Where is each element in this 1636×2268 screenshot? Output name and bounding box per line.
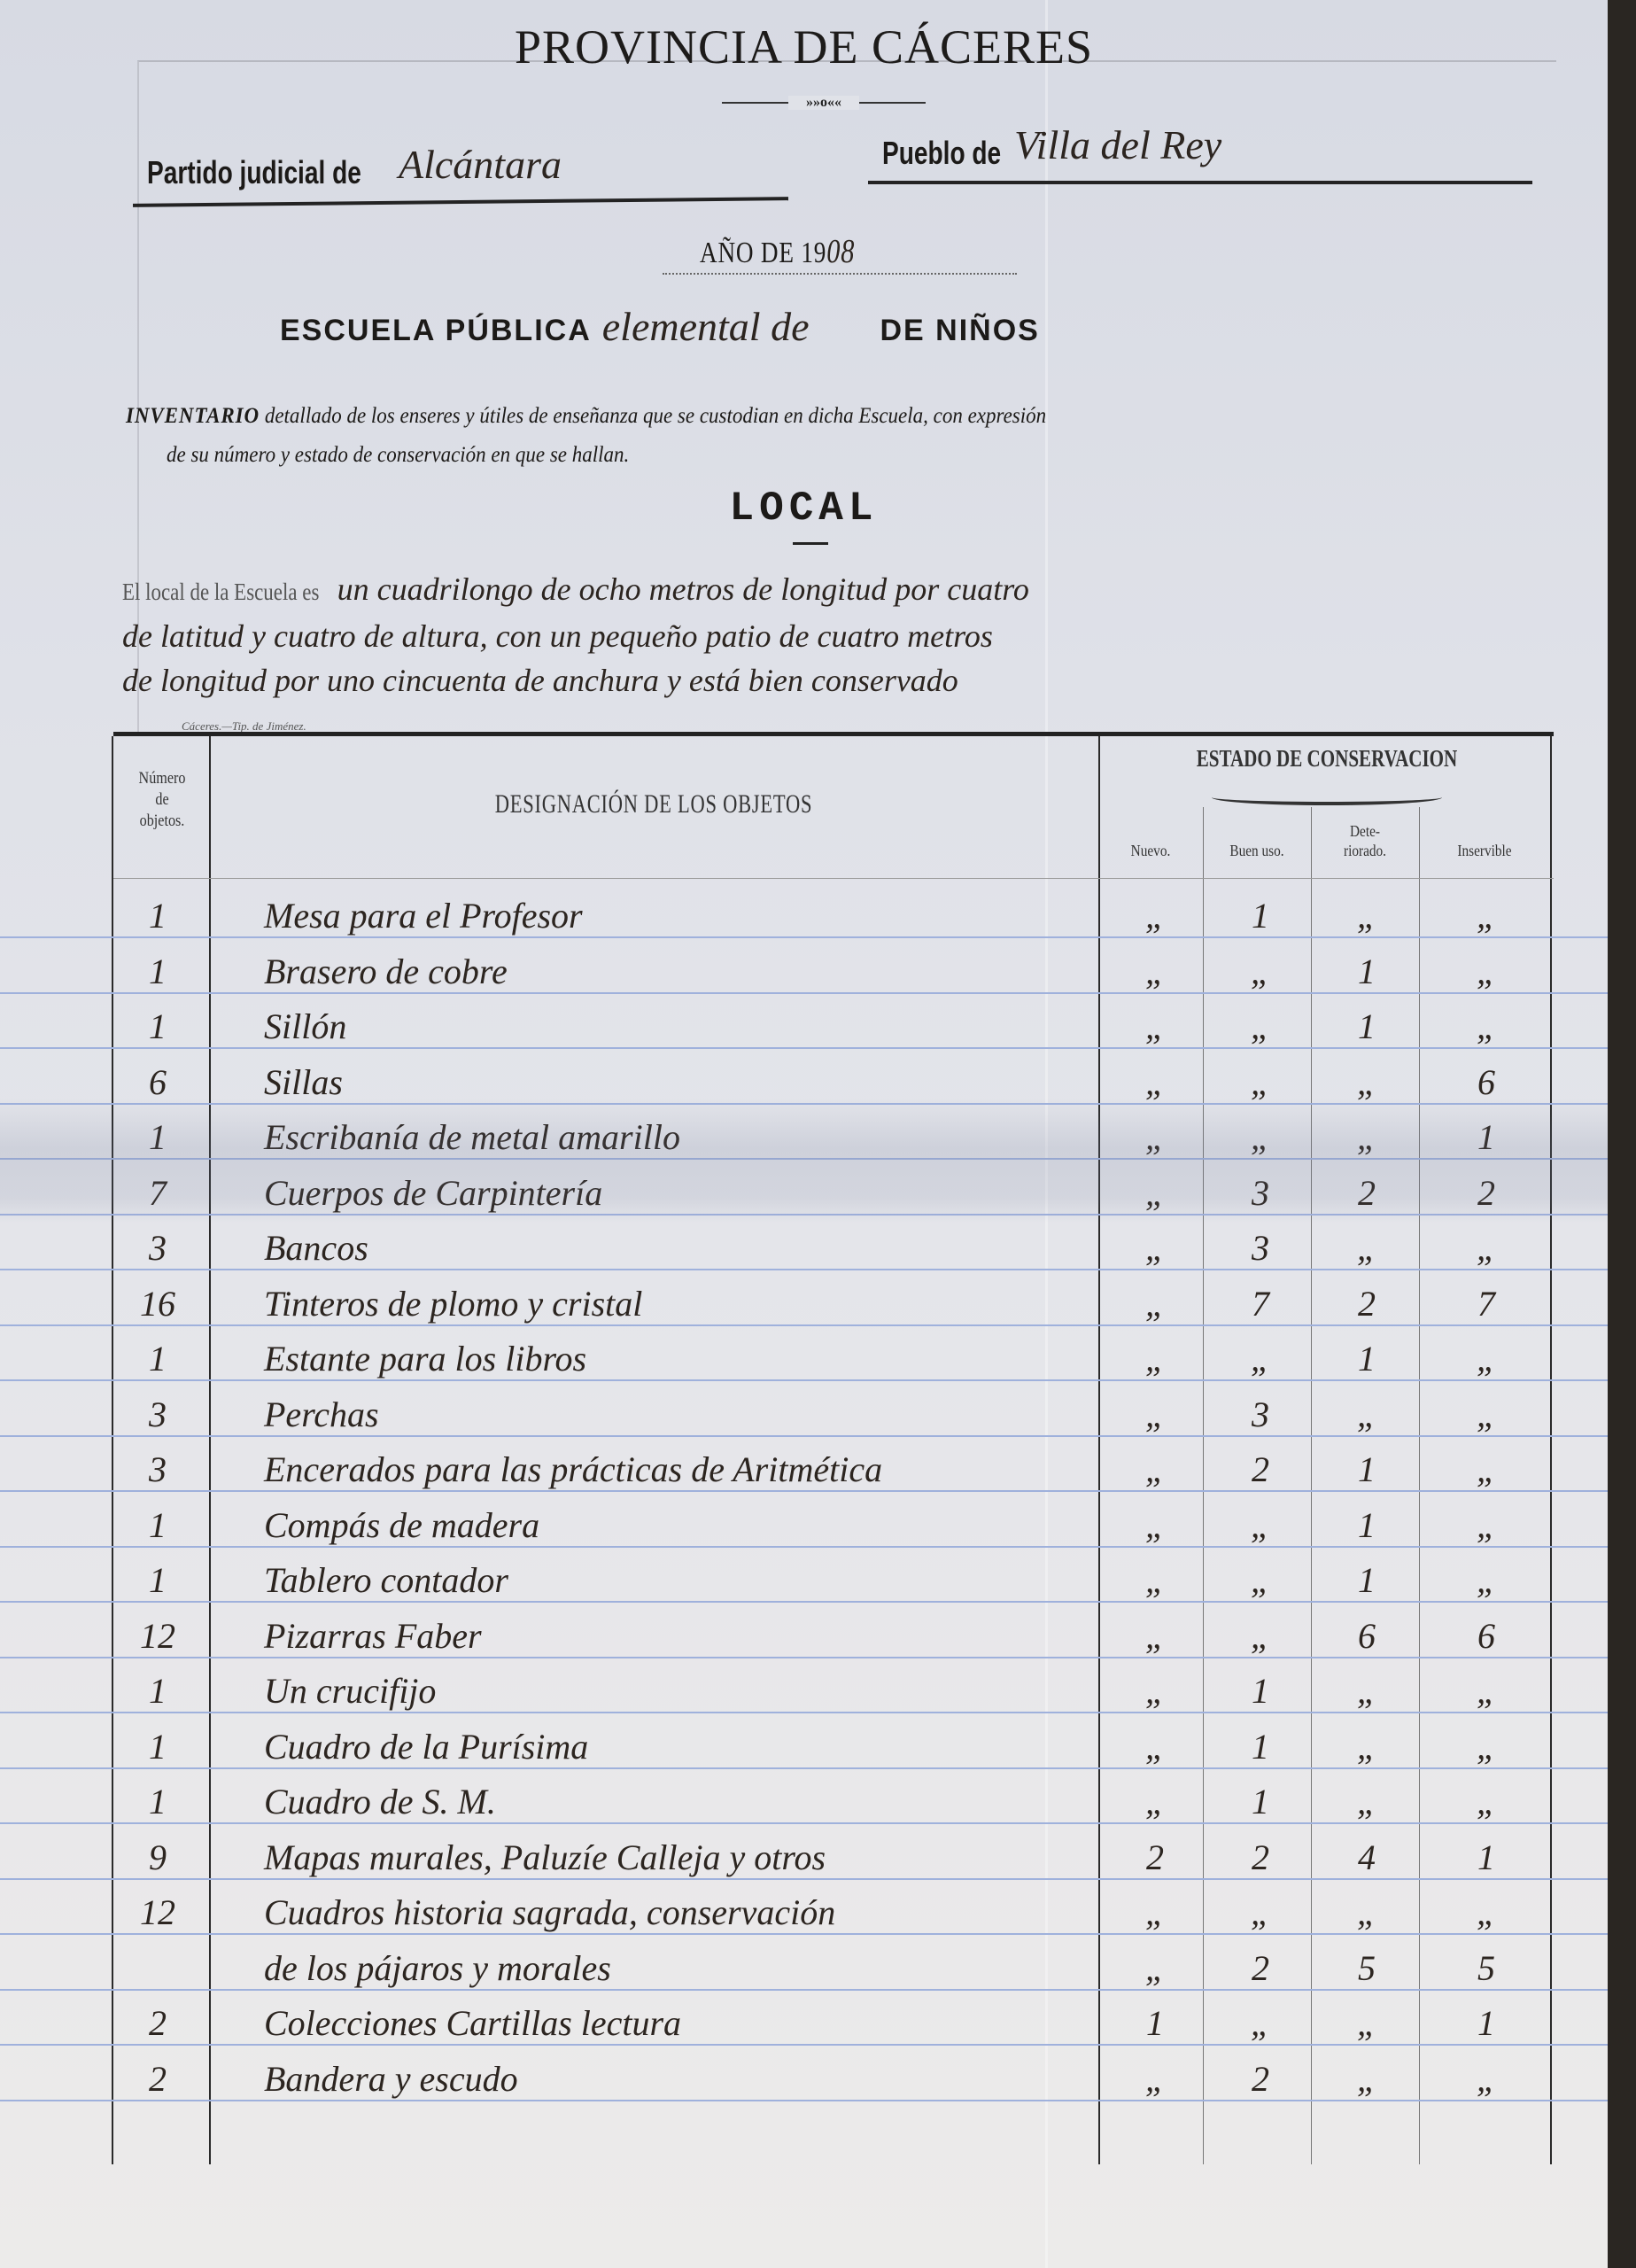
estado-det: „: [1314, 1394, 1420, 1435]
header-inservible: Inservible: [1429, 841, 1540, 860]
year-field: AÑO DE 1908: [700, 232, 855, 271]
province-title: PROVINCIA DE CÁCERES: [0, 19, 1608, 74]
object-designation: Estante para los libros: [264, 1338, 586, 1379]
section-title-local: LOCAL: [0, 485, 1608, 532]
estado-nuevo: „: [1102, 1449, 1208, 1490]
table-row: 1Sillón„„1„: [113, 998, 1601, 1051]
estado-nuevo: „: [1102, 1006, 1208, 1047]
estado-det: 1: [1314, 1559, 1420, 1601]
estado-buen: „: [1207, 1338, 1314, 1379]
year-dotted-rule: [663, 273, 1017, 275]
school-label: ESCUELA PÚBLICA: [280, 314, 592, 347]
object-designation: Perchas: [264, 1394, 379, 1435]
estado-nuevo: „: [1102, 1891, 1208, 1933]
estado-nuevo: „: [1102, 1172, 1208, 1214]
object-count: 1: [122, 1338, 193, 1379]
estado-ins: „: [1433, 1726, 1539, 1767]
estado-nuevo: „: [1102, 1283, 1208, 1324]
object-count: 12: [122, 1615, 193, 1657]
estado-nuevo: „: [1102, 1559, 1208, 1601]
estado-det: „: [1314, 1891, 1420, 1933]
estado-det: 2: [1314, 1172, 1420, 1214]
object-designation: Tinteros de plomo y cristal: [264, 1283, 642, 1324]
estado-ins: „: [1433, 1449, 1539, 1490]
table-row: 3Perchas„3„„: [113, 1386, 1601, 1439]
year-value: 08: [826, 233, 855, 270]
estado-ins: „: [1433, 895, 1539, 936]
local-line3: de longitud por uno cincuenta de anchura…: [122, 658, 1575, 703]
estado-nuevo: 2: [1102, 1837, 1208, 1878]
estado-det: „: [1314, 895, 1420, 936]
estado-ins: 6: [1433, 1061, 1539, 1103]
estado-ins: 2: [1433, 1172, 1539, 1214]
school-value: elemental de: [602, 304, 810, 349]
estado-buen: „: [1207, 2002, 1314, 2044]
ruled-line: [0, 936, 1608, 938]
object-count: 7: [122, 1172, 193, 1214]
estado-buen: „: [1207, 951, 1314, 992]
estado-nuevo: „: [1102, 1726, 1208, 1767]
estado-ins: „: [1433, 1891, 1539, 1933]
table-row: 7Cuerpos de Carpintería„322: [113, 1164, 1601, 1217]
object-designation: Compás de madera: [264, 1504, 539, 1546]
estado-det: „: [1314, 2058, 1420, 2100]
ruled-line: [0, 992, 1608, 994]
ruled-line: [0, 1490, 1608, 1492]
header-number-l3: objetos.: [120, 811, 204, 832]
table-row: 1Un crucifijo„1„„: [113, 1662, 1601, 1715]
estado-buen: 2: [1207, 1837, 1314, 1878]
school-field: ESCUELA PÚBLICAelemental deDE NIÑOS: [280, 303, 1040, 356]
object-designation: Encerados para las prácticas de Aritméti…: [264, 1449, 882, 1490]
estado-ins: „: [1433, 1227, 1539, 1269]
header-number: Número de objetos.: [120, 768, 204, 832]
object-count: 1: [122, 1504, 193, 1546]
object-count: 1: [122, 1116, 193, 1158]
estado-det: 6: [1314, 1615, 1420, 1657]
table-row: 1Cuadro de S. M.„1„„: [113, 1773, 1601, 1826]
estado-ins: „: [1433, 951, 1539, 992]
estado-ins: „: [1433, 1006, 1539, 1047]
estado-buen: „: [1207, 1504, 1314, 1546]
object-count: 3: [122, 1449, 193, 1490]
table-row: 2Colecciones Cartillas lectura1„„1: [113, 1994, 1601, 2047]
local-description: El local de la Escuela es un cuadrilongo…: [122, 567, 1575, 703]
estado-buen: „: [1207, 1891, 1314, 1933]
pueblo-field: Pueblo de Villa del Rey: [868, 113, 1532, 184]
estado-det: 2: [1314, 1283, 1420, 1324]
intro-lead: INVENTARIO: [126, 404, 260, 428]
object-designation: Mapas murales, Paluzíe Calleja y otros: [264, 1837, 826, 1878]
object-count: 1: [122, 951, 193, 992]
ruled-line: [0, 1047, 1608, 1049]
object-count: 3: [122, 1227, 193, 1269]
estado-det: „: [1314, 1670, 1420, 1712]
object-designation: Cuadro de la Purísima: [264, 1726, 588, 1767]
estado-nuevo: „: [1102, 1504, 1208, 1546]
estado-buen: 1: [1207, 1726, 1314, 1767]
ruled-line: [0, 1601, 1608, 1603]
object-count: 16: [122, 1283, 193, 1324]
object-designation: Escribanía de metal amarillo: [264, 1116, 680, 1158]
table-row: 1Compás de madera„„1„: [113, 1496, 1601, 1550]
ruled-line: [0, 1158, 1608, 1160]
estado-nuevo: „: [1102, 1781, 1208, 1822]
pueblo-label: Pueblo de: [882, 135, 1001, 172]
estado-nuevo: „: [1102, 1227, 1208, 1269]
object-designation: Un crucifijo: [264, 1670, 436, 1712]
estado-buen: 3: [1207, 1172, 1314, 1214]
estado-ins: „: [1433, 1338, 1539, 1379]
estado-det: „: [1314, 1061, 1420, 1103]
table-row: 3Encerados para las prácticas de Aritmét…: [113, 1441, 1601, 1494]
estado-ins: „: [1433, 1394, 1539, 1435]
object-designation: Mesa para el Profesor: [264, 895, 583, 936]
ruled-line: [0, 2100, 1608, 2101]
inventory-document-page: PROVINCIA DE CÁCERES »»o«« Partido judic…: [0, 0, 1608, 2268]
estado-buen: 3: [1207, 1394, 1314, 1435]
local-line2: de latitud y cuatro de altura, con un pe…: [122, 614, 1575, 658]
table-row: 1Tablero contador„„1„: [113, 1551, 1601, 1604]
estado-det: 1: [1314, 1006, 1420, 1047]
estado-buen: 1: [1207, 1670, 1314, 1712]
object-designation: Cuadros historia sagrada, conservación: [264, 1891, 835, 1933]
table-row: 6Sillas„„„6: [113, 1053, 1601, 1107]
pueblo-rule: [868, 181, 1532, 184]
estado-ins: „: [1433, 1670, 1539, 1712]
object-count: 1: [122, 1781, 193, 1822]
estado-det: „: [1314, 1116, 1420, 1158]
header-number-l2: de: [120, 789, 204, 811]
ruled-line: [0, 2044, 1608, 2046]
estado-buen: 2: [1207, 1947, 1314, 1989]
table-row: 1Brasero de cobre„„1„: [113, 943, 1601, 996]
object-designation: Brasero de cobre: [264, 951, 508, 992]
estado-buen: „: [1207, 1006, 1314, 1047]
year-label: AÑO DE 19: [700, 237, 826, 269]
estado-buen: 2: [1207, 2058, 1314, 2100]
object-designation: Pizarras Faber: [264, 1615, 482, 1657]
estado-ins: 7: [1433, 1283, 1539, 1324]
local-line1-text: un cuadrilongo de ocho metros de longitu…: [337, 571, 1029, 607]
table-row: 1Escribanía de metal amarillo„„„1: [113, 1108, 1601, 1161]
estado-ins: 1: [1433, 1116, 1539, 1158]
table-row: 1Cuadro de la Purísima„1„„: [113, 1718, 1601, 1771]
estado-buen: 7: [1207, 1283, 1314, 1324]
object-designation: Tablero contador: [264, 1559, 508, 1601]
object-count: 1: [122, 1559, 193, 1601]
section-underline: [793, 542, 828, 545]
ruled-line: [0, 1933, 1608, 1935]
estado-nuevo: „: [1102, 1338, 1208, 1379]
object-designation: Sillas: [264, 1061, 343, 1103]
estado-nuevo: „: [1102, 1061, 1208, 1103]
table-row: 1Mesa para el Profesor„1„„: [113, 887, 1601, 940]
header-nuevo: Nuevo.: [1106, 841, 1195, 860]
ruled-line: [0, 1214, 1608, 1216]
partido-field: Partido judicial de Alcántara: [133, 133, 788, 204]
estado-det: „: [1314, 1227, 1420, 1269]
intro-line1: detallado de los enseres y útiles de ens…: [265, 404, 1046, 428]
ruled-line: [0, 1546, 1608, 1548]
table-row: 12Pizarras Faber„„66: [113, 1607, 1601, 1660]
estado-det: „: [1314, 2002, 1420, 2044]
ruled-line: [0, 1822, 1608, 1824]
object-designation: Cuadro de S. M.: [264, 1781, 496, 1822]
estado-buen: 1: [1207, 895, 1314, 936]
object-count: 9: [122, 1837, 193, 1878]
object-designation: Bancos: [264, 1227, 368, 1269]
ruled-line: [0, 1767, 1608, 1769]
header-buen-uso: Buen uso.: [1211, 841, 1303, 860]
intro-line2: de su número y estado de conservación en…: [126, 436, 1478, 475]
estado-ins: „: [1433, 1504, 1539, 1546]
ruled-line: [0, 1878, 1608, 1880]
local-printed-prefix: El local de la Escuela es: [122, 570, 319, 614]
header-brace-icon: [1212, 789, 1442, 805]
estado-det: 1: [1314, 1338, 1420, 1379]
header-rule: [113, 878, 1554, 879]
estado-nuevo: „: [1102, 1670, 1208, 1712]
estado-nuevo: „: [1102, 951, 1208, 992]
object-designation: Sillón: [264, 1006, 346, 1047]
estado-nuevo: „: [1102, 1947, 1208, 1989]
ruled-line: [0, 1435, 1608, 1437]
estado-buen: „: [1207, 1615, 1314, 1657]
partido-value: Alcántara: [399, 141, 562, 188]
estado-nuevo: „: [1102, 895, 1208, 936]
ruled-line: [0, 1989, 1608, 1991]
estado-buen: „: [1207, 1559, 1314, 1601]
estado-ins: 6: [1433, 1615, 1539, 1657]
object-count: 1: [122, 1006, 193, 1047]
estado-nuevo: „: [1102, 2058, 1208, 2100]
estado-buen: „: [1207, 1116, 1314, 1158]
estado-det: 1: [1314, 1449, 1420, 1490]
school-suffix: DE NIÑOS: [880, 314, 1040, 347]
ruled-line: [0, 1324, 1608, 1326]
header-estado: ESTADO DE CONSERVACION: [1151, 745, 1503, 773]
estado-ins: „: [1433, 1781, 1539, 1822]
ornament-divider: »»o««: [722, 96, 926, 110]
local-line1: El local de la Escuela es un cuadrilongo…: [122, 567, 1575, 614]
object-count: 3: [122, 1394, 193, 1435]
table-row: de los pájaros y morales„255: [113, 1939, 1601, 1992]
table-row: 12Cuadros historia sagrada, conservación…: [113, 1884, 1601, 1937]
ruled-line: [0, 1379, 1608, 1381]
header-number-l1: Número: [120, 768, 204, 789]
inventory-table: Número de objetos. DESIGNACIÓN DE LOS OB…: [113, 732, 1554, 2164]
object-designation: de los pájaros y morales: [264, 1947, 611, 1989]
object-designation: Bandera y escudo: [264, 2058, 518, 2100]
ruled-line: [0, 1712, 1608, 1713]
estado-ins: „: [1433, 1559, 1539, 1601]
ruled-line: [0, 1657, 1608, 1658]
object-count: 1: [122, 1726, 193, 1767]
estado-buen: „: [1207, 1061, 1314, 1103]
object-count: 12: [122, 1891, 193, 1933]
estado-nuevo: 1: [1102, 2002, 1208, 2044]
inventory-intro: INVENTARIO detallado de los enseres y út…: [126, 397, 1478, 475]
estado-ins: 1: [1433, 2002, 1539, 2044]
pueblo-value: Villa del Rey: [1014, 121, 1221, 168]
object-count: 2: [122, 2002, 193, 2044]
estado-det: 5: [1314, 1947, 1420, 1989]
object-count: 2: [122, 2058, 193, 2100]
estado-buen: 3: [1207, 1227, 1314, 1269]
estado-det: 1: [1314, 951, 1420, 992]
object-count: 1: [122, 895, 193, 936]
estado-nuevo: „: [1102, 1394, 1208, 1435]
ruled-line: [0, 1269, 1608, 1270]
estado-buen: 2: [1207, 1449, 1314, 1490]
estado-det: 1: [1314, 1504, 1420, 1546]
estado-buen: 1: [1207, 1781, 1314, 1822]
table-row: 16Tinteros de plomo y cristal„727: [113, 1275, 1601, 1328]
estado-det: „: [1314, 1726, 1420, 1767]
estado-nuevo: „: [1102, 1615, 1208, 1657]
estado-ins: 5: [1433, 1947, 1539, 1989]
object-designation: Cuerpos de Carpintería: [264, 1172, 602, 1214]
ornament-knot-icon: »»o««: [788, 96, 859, 110]
estado-nuevo: „: [1102, 1116, 1208, 1158]
object-count: 6: [122, 1061, 193, 1103]
table-row: 2Bandera y escudo„2„„: [113, 2050, 1601, 2103]
table-row: 1Estante para los libros„„1„: [113, 1330, 1601, 1383]
estado-ins: 1: [1433, 1837, 1539, 1878]
header-deteriorado: Dete- riorado.: [1319, 821, 1411, 860]
estado-det: 4: [1314, 1837, 1420, 1878]
header-designation: DESIGNACIÓN DE LOS OBJETOS: [322, 789, 986, 819]
estado-ins: „: [1433, 2058, 1539, 2100]
table-row: 9Mapas murales, Paluzíe Calleja y otros2…: [113, 1829, 1601, 1882]
table-row: 3Bancos„3„„: [113, 1219, 1601, 1272]
estado-det: „: [1314, 1781, 1420, 1822]
object-count: 1: [122, 1670, 193, 1712]
partido-label: Partido judicial de: [147, 154, 361, 191]
ruled-line: [0, 1103, 1608, 1105]
object-designation: Colecciones Cartillas lectura: [264, 2002, 681, 2044]
